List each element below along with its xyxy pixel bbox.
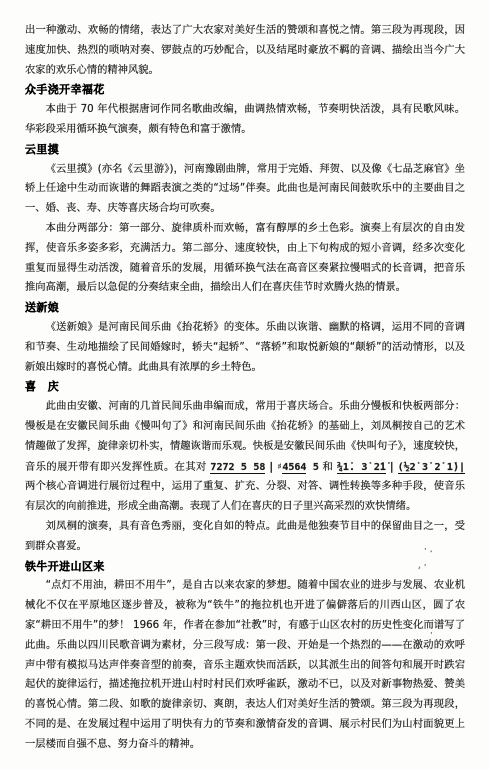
section-title-zhongshou-jiaokai-xingfuhua: 众手浇开幸福花 <box>25 80 465 100</box>
bar-line: | <box>386 461 398 473</box>
paragraph-text: 两个核心音调进行展衍过程中，运用了重复、扩充、分裂、对答、调性转换等多种手段，使… <box>25 480 465 512</box>
jianpu-note: 5 <box>306 462 318 473</box>
scan-artifact: , · <box>418 562 427 571</box>
paragraph: 本曲分两部分：第一部分、旋律质朴而欢畅，富有醇厚的乡土色彩。演奏上有层次的自由发… <box>25 219 465 298</box>
paragraph: “点灯不用油，耕田不用牛”，是自古以来农家的梦想。随着中国农业的进步与发展、农业… <box>25 576 465 754</box>
paragraph: 《送新娘》是河南民间乐曲《抬花轿》的变体。乐曲以诙谐、幽默的格调，运用不同的音调… <box>25 318 465 377</box>
section-title-tieniu-kaijin-shanqulai: 铁牛开进山区来 <box>25 557 465 577</box>
bar-line: | <box>265 461 277 473</box>
jianpu-notation-group: 7272 5 58 <box>210 462 265 475</box>
jianpu-notation-group: 4564 <box>282 462 306 475</box>
section-title-songxinniang: 送新娘 <box>25 298 465 318</box>
section-title-yunlimo: 云里摸 <box>25 140 465 160</box>
jianpu-notation-group: (½2̇ 3̇ 2̇ 1̇)| <box>398 462 465 475</box>
scanned-book-page: 出一种激动、欢畅的情绪，表达了广大农家对美好生活的赞颂和喜悦之情。第三段为再现段… <box>0 0 490 770</box>
scan-artifact: · <box>430 630 433 639</box>
paragraph: 本曲于 70 年代根据唐诃作同名歌曲改编，曲调热情欢畅，节奏明快活泼，具有民歌风… <box>25 100 465 140</box>
paragraph: 刘凤桐的演奏，具有音色秀丽，变化自如的特点。此曲是他独奏节目中的保留曲目之一，受… <box>25 517 465 557</box>
paragraph: 《云里摸》(亦名《云里游》)，河南豫剧曲牌，常用于完婚、拜贺、以及像《七品芝麻官… <box>25 160 465 219</box>
paragraph-with-notation: 此曲由安徽、河南的几首民间乐曲串编而成，常用于喜庆场合。乐曲分慢板和快板两部分：… <box>25 397 465 517</box>
section-title-xiqing: 喜 庆 <box>25 377 465 397</box>
continuation-paragraph: 出一种激动、欢畅的情绪，表达了广大农家对美好生活的赞颂和喜悦之情。第三段为再现段… <box>25 21 465 80</box>
conjunction-text: 和 <box>319 461 337 473</box>
scan-artifact: · . <box>424 546 433 555</box>
jianpu-notation-group: ¾1̇. 3̇ 2̇1̇ <box>337 462 386 475</box>
